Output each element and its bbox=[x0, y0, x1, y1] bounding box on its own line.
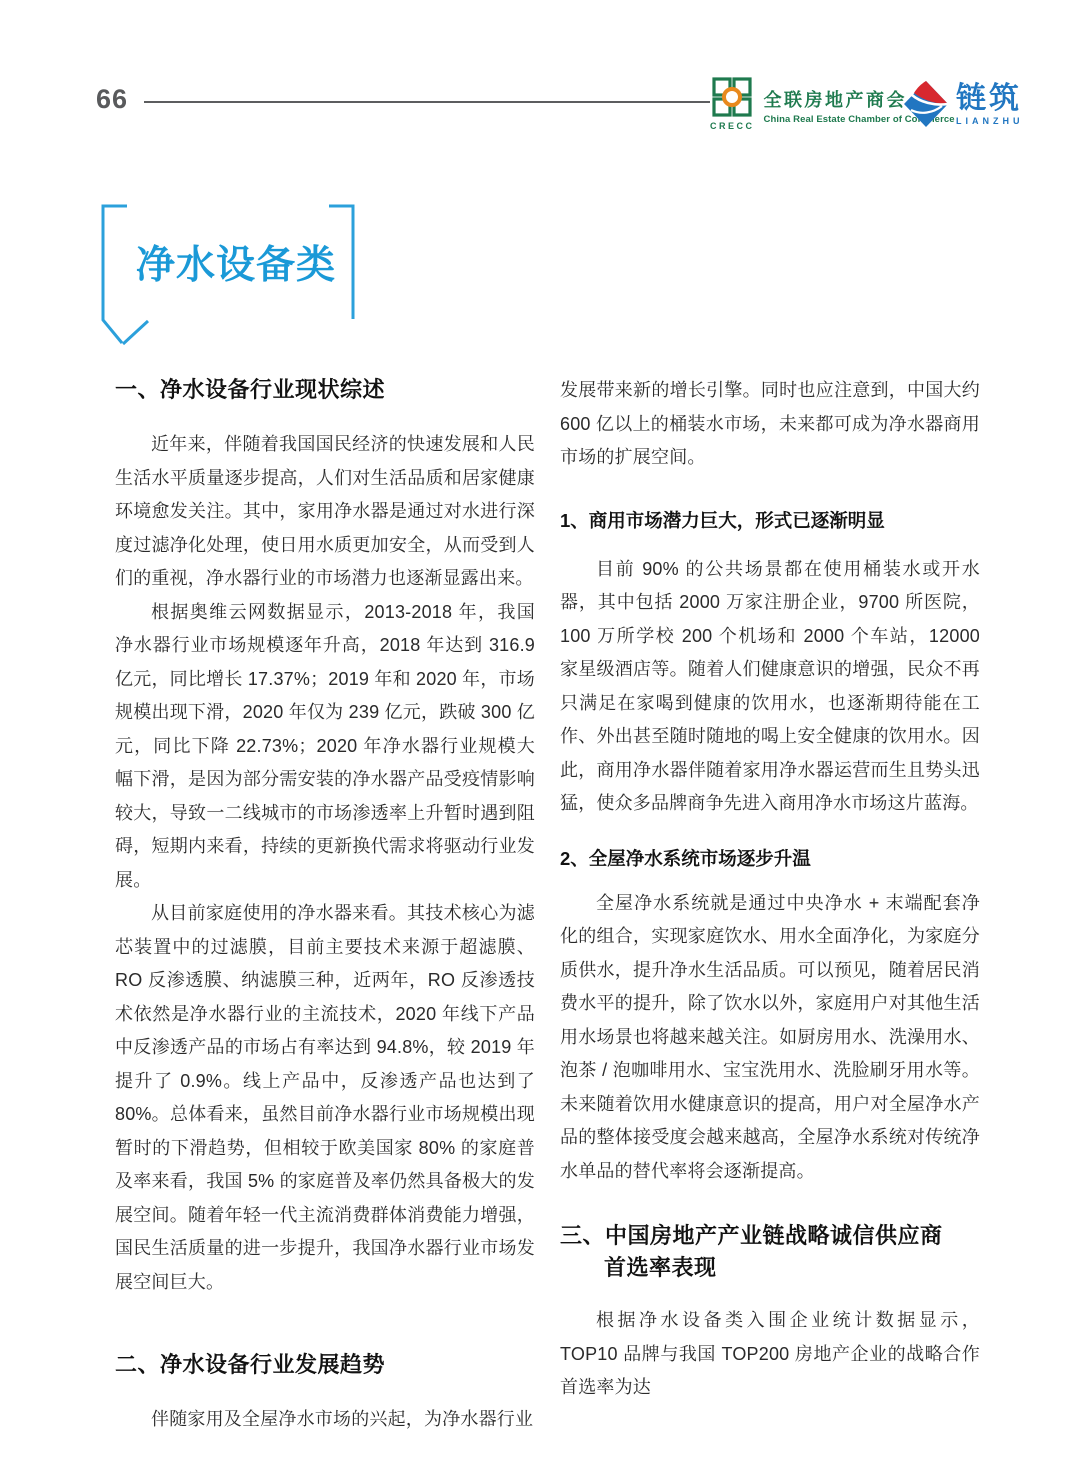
paragraph: 全屋净水系统就是通过中央净水 + 末端配套净化的组合，实现家庭饮水、用水全面净化… bbox=[560, 887, 980, 1189]
document-page: 66 CRECC 全联房地产商会 China Real Estate Chamb… bbox=[0, 0, 1075, 1459]
section-3-heading-line2: 首选率表现 bbox=[560, 1252, 980, 1284]
section-3-heading-line1: 三、中国房地产产业链战略诚信供应商 bbox=[560, 1220, 980, 1252]
subsection-1-heading: 1、商用市场潜力巨大，形式已逐渐明显 bbox=[560, 505, 980, 537]
section-1-heading: 一、净水设备行业现状综述 bbox=[115, 374, 535, 406]
lianzhu-names: 链筑 LIANZHU bbox=[956, 82, 1024, 126]
paragraph: 根据奥维云网数据显示，2013-2018 年，我国净水器行业市场规模逐年升高，2… bbox=[115, 596, 535, 898]
header-divider bbox=[144, 101, 710, 103]
lianzhu-emblem-icon bbox=[903, 80, 949, 128]
crecc-abbr-label: CRECC bbox=[710, 121, 755, 131]
body-columns: 一、净水设备行业现状综述 近年来，伴随着我国国民经济的快速发展和人民生活水平质量… bbox=[115, 374, 980, 1437]
lianzhu-name-en: LIANZHU bbox=[956, 116, 1024, 126]
paragraph: 从目前家庭使用的净水器来看。其技术核心为滤芯装置中的过滤膜，目前主要技术来源于超… bbox=[115, 897, 535, 1299]
lianzhu-name-cn: 链筑 bbox=[956, 82, 1024, 115]
paragraph: 根据净水设备类入围企业统计数据显示，TOP10 品牌与我国 TOP200 房地产… bbox=[560, 1304, 980, 1405]
chapter-title: 净水设备类 bbox=[136, 234, 336, 290]
section-2-heading: 二、净水设备行业发展趋势 bbox=[115, 1349, 535, 1381]
subsection-2-heading: 2、全屋净水系统市场逐步升温 bbox=[560, 843, 980, 875]
chapter-title-block: 净水设备类 bbox=[100, 204, 370, 356]
crecc-emblem-icon bbox=[712, 77, 752, 119]
right-column: 发展带来新的增长引擎。同时也应注意到，中国大约 600 亿以上的桶装水市场，未来… bbox=[560, 374, 980, 1437]
left-column: 一、净水设备行业现状综述 近年来，伴随着我国国民经济的快速发展和人民生活水平质量… bbox=[115, 374, 535, 1437]
section-3-heading: 三、中国房地产产业链战略诚信供应商 首选率表现 bbox=[560, 1220, 980, 1284]
paragraph: 目前 90% 的公共场景都在使用桶装水或开水器，其中包括 2000 万家注册企业… bbox=[560, 553, 980, 821]
crecc-badge: CRECC bbox=[710, 77, 755, 131]
page-number: 66 bbox=[96, 84, 128, 115]
paragraph: 发展带来新的增长引擎。同时也应注意到，中国大约 600 亿以上的桶装水市场，未来… bbox=[560, 374, 980, 475]
lianzhu-logo: 链筑 LIANZHU bbox=[903, 80, 1024, 128]
paragraph: 近年来，伴随着我国国民经济的快速发展和人民生活水平质量逐步提高，人们对生活品质和… bbox=[115, 428, 535, 596]
paragraph: 伴随家用及全屋净水市场的兴起，为净水器行业 bbox=[115, 1403, 535, 1437]
